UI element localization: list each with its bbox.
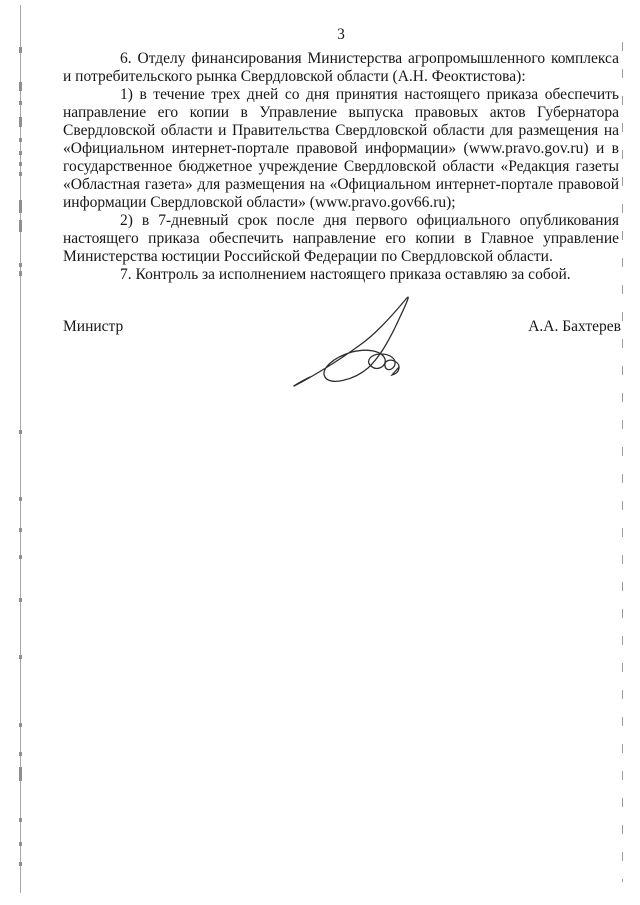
scan-edge-mark	[19, 220, 22, 232]
scan-edge-mark	[19, 162, 22, 166]
scan-edge-mark	[19, 555, 22, 559]
scan-edge-mark	[19, 528, 22, 532]
scan-edge-line-right	[622, 42, 623, 882]
scan-edge-mark	[19, 271, 22, 276]
scan-edge-mark	[19, 767, 22, 781]
scan-edge-mark	[19, 47, 22, 53]
paragraph-6-1: 1) в течение трех дней со дня принятия н…	[63, 86, 619, 212]
scan-edge-mark	[19, 598, 22, 602]
scan-edge-mark	[19, 117, 22, 127]
paragraph-6: 6. Отделу финансирования Министерства аг…	[63, 50, 619, 86]
scan-edge-mark	[19, 752, 22, 756]
scan-edge-mark	[19, 862, 22, 866]
scan-edge-mark	[19, 842, 22, 846]
paragraph-7: 7. Контроль за исполнением настоящего пр…	[63, 266, 619, 284]
scan-edge-mark	[19, 497, 22, 501]
signatory-name: А.А. Бахтерев	[528, 318, 621, 336]
signatory-title: Министр	[63, 318, 123, 336]
scan-edge-mark	[19, 172, 22, 176]
scan-edge-mark	[19, 263, 22, 267]
scan-edge-mark	[19, 818, 22, 822]
document-page: 3 6. Отделу финансирования Министерства …	[0, 0, 640, 905]
scan-edge-mark	[19, 723, 22, 727]
document-text: 6. Отделу финансирования Министерства аг…	[63, 50, 619, 284]
scan-edge-mark	[19, 101, 22, 105]
scan-edge-mark	[19, 151, 22, 155]
scan-edge-mark	[19, 430, 22, 434]
page-number: 3	[63, 26, 619, 44]
scan-edge-mark	[19, 82, 22, 91]
scan-edge-mark	[19, 138, 22, 142]
scan-edge-mark	[19, 200, 22, 213]
scan-edge-mark	[19, 655, 22, 659]
signature-scribble	[288, 293, 458, 398]
paragraph-6-2: 2) в 7-дневный срок после дня первого оф…	[63, 212, 619, 266]
